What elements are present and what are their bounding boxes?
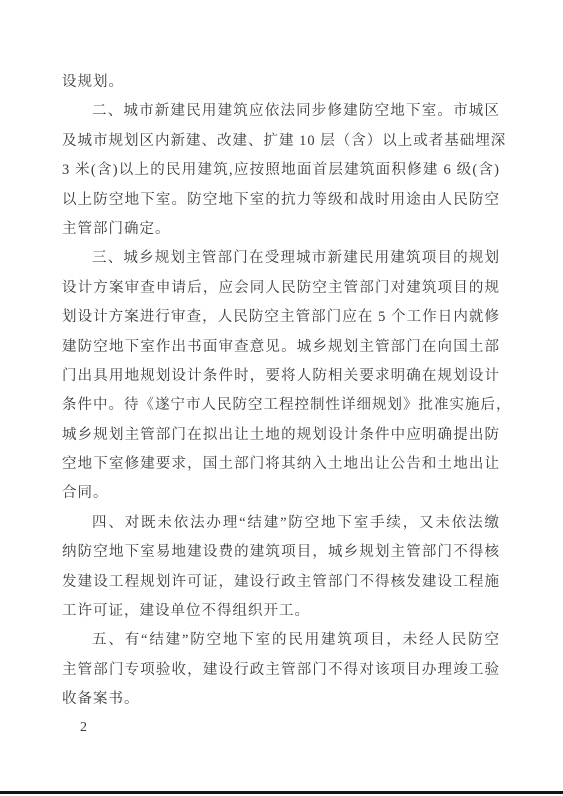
text-line: 发建设工程规划许可证，建设行政主管部门不得核发建设工程施 xyxy=(62,568,500,597)
text-line: 四、对既未依法办理“结建”防空地下室手续，又未依法缴 xyxy=(62,509,500,538)
text-line: 主管部门专项验收，建设行政主管部门不得对该项目办理竣工验 xyxy=(62,656,500,685)
text-line: 设规划。 xyxy=(62,68,500,97)
text-line: 工许可证，建设单位不得组织开工。 xyxy=(62,597,500,626)
text-line: 及城市规划区内新建、改建、扩建 10 层（含）以上或者基础埋深 xyxy=(62,127,500,156)
text-line: 纳防空地下室易地建设费的建筑项目，城乡规划主管部门不得核 xyxy=(62,538,500,567)
text-line: 建防空地下室作出书面审查意见。城乡规划主管部门在向国土部 xyxy=(62,333,500,362)
text-line: 空地下室修建要求，国土部门将其纳入土地出让公告和土地出让 xyxy=(62,450,500,479)
text-line: 条件中。待《遂宁市人民防空工程控制性详细规划》批准实施后， xyxy=(62,391,500,420)
text-line: 三、城乡规划主管部门在受理城市新建民用建筑项目的规划 xyxy=(62,244,500,273)
text-line: 收备案书。 xyxy=(62,685,500,714)
text-line: 主管部门确定。 xyxy=(62,215,500,244)
text-line: 城乡规划主管部门在拟出让土地的规划设计条件中应明确提出防 xyxy=(62,421,500,450)
text-line: 二、城市新建民用建筑应依法同步修建防空地下室。市城区 xyxy=(62,97,500,126)
page-number: 2 xyxy=(80,718,87,738)
text-line: 3 米(含)以上的民用建筑,应按照地面首层建筑面积修建 6 级(含) xyxy=(62,156,500,185)
document-body: 设规划。 二、城市新建民用建筑应依法同步修建防空地下室。市城区 及城市规划区内新… xyxy=(62,68,500,715)
text-line: 门出具用地规划设计条件时，要将人防相关要求明确在规划设计 xyxy=(62,362,500,391)
document-page: 设规划。 二、城市新建民用建筑应依法同步修建防空地下室。市城区 及城市规划区内新… xyxy=(0,0,563,796)
page-bottom-edge xyxy=(0,791,563,794)
text-line: 以上防空地下室。防空地下室的抗力等级和战时用途由人民防空 xyxy=(62,186,500,215)
text-line: 五、有“结建”防空地下室的民用建筑项目，未经人民防空 xyxy=(62,626,500,655)
text-line: 设计方案审查申请后，应会同人民防空主管部门对建筑项目的规 xyxy=(62,274,500,303)
text-line: 划设计方案进行审查，人民防空主管部门应在 5 个工作日内就修 xyxy=(62,303,500,332)
text-line: 合同。 xyxy=(62,479,500,508)
